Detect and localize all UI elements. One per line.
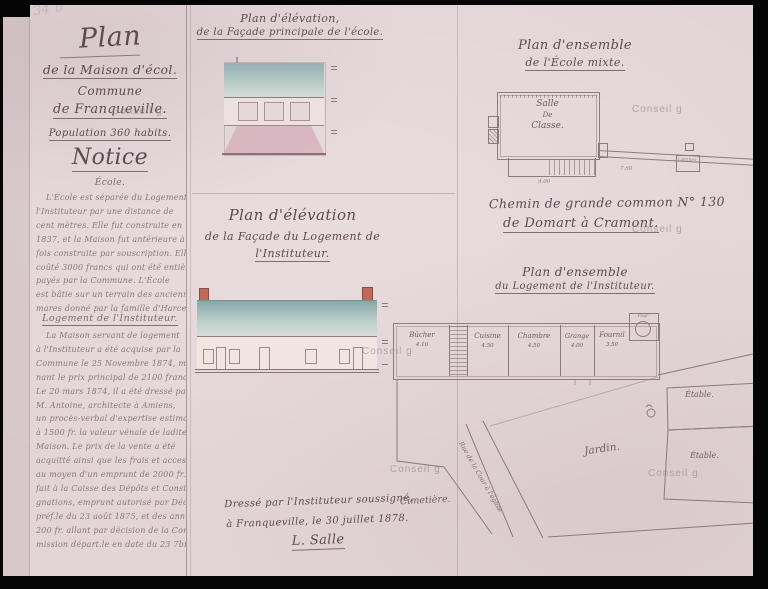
room-label: Fournil <box>594 331 630 339</box>
room-label: Chambre <box>508 332 560 340</box>
stable-label: Étable. <box>690 451 719 460</box>
scan-border-top <box>0 0 768 5</box>
courtyard-fence <box>397 380 444 467</box>
oven-icon <box>635 321 651 337</box>
room-dimension: 4.50 <box>508 343 560 349</box>
watermark: Conseil g <box>112 106 163 117</box>
watermark: Conseil g <box>632 224 683 235</box>
scan-border-left <box>0 0 3 589</box>
site-plan-linework <box>0 0 768 589</box>
scan-border-corner <box>0 0 30 17</box>
room-dimension: 4.50 <box>467 343 508 349</box>
room-dimension: 3.50 <box>594 342 630 348</box>
garden-court-divider <box>490 377 658 426</box>
room-dimension: 4.00 <box>560 343 594 349</box>
staircase-hatching <box>450 326 467 375</box>
scanned-plan-sheet: 34 b Plan de la Maison d'écol. Commune d… <box>0 0 768 589</box>
room-label: Grange <box>560 332 594 340</box>
room-label: Bûcher <box>395 331 449 339</box>
watermark: Conseil g <box>362 346 413 357</box>
stable-label: Étable. <box>685 390 714 399</box>
dimension-ticks <box>575 380 590 385</box>
stable-outline <box>664 426 762 503</box>
watermark: Conseil g <box>648 468 699 479</box>
well-icon <box>647 409 655 417</box>
oven-label: Four <box>629 314 657 319</box>
street-line <box>483 421 543 538</box>
well-icon <box>646 405 652 407</box>
street-line <box>466 424 513 537</box>
watermark: Conseil g <box>390 464 441 475</box>
watermark: Conseil g <box>632 104 683 115</box>
scan-border-right <box>753 0 768 589</box>
room-label: Cuisine <box>467 332 508 340</box>
stable-outline <box>667 383 762 430</box>
scan-border-bottom <box>0 576 768 589</box>
